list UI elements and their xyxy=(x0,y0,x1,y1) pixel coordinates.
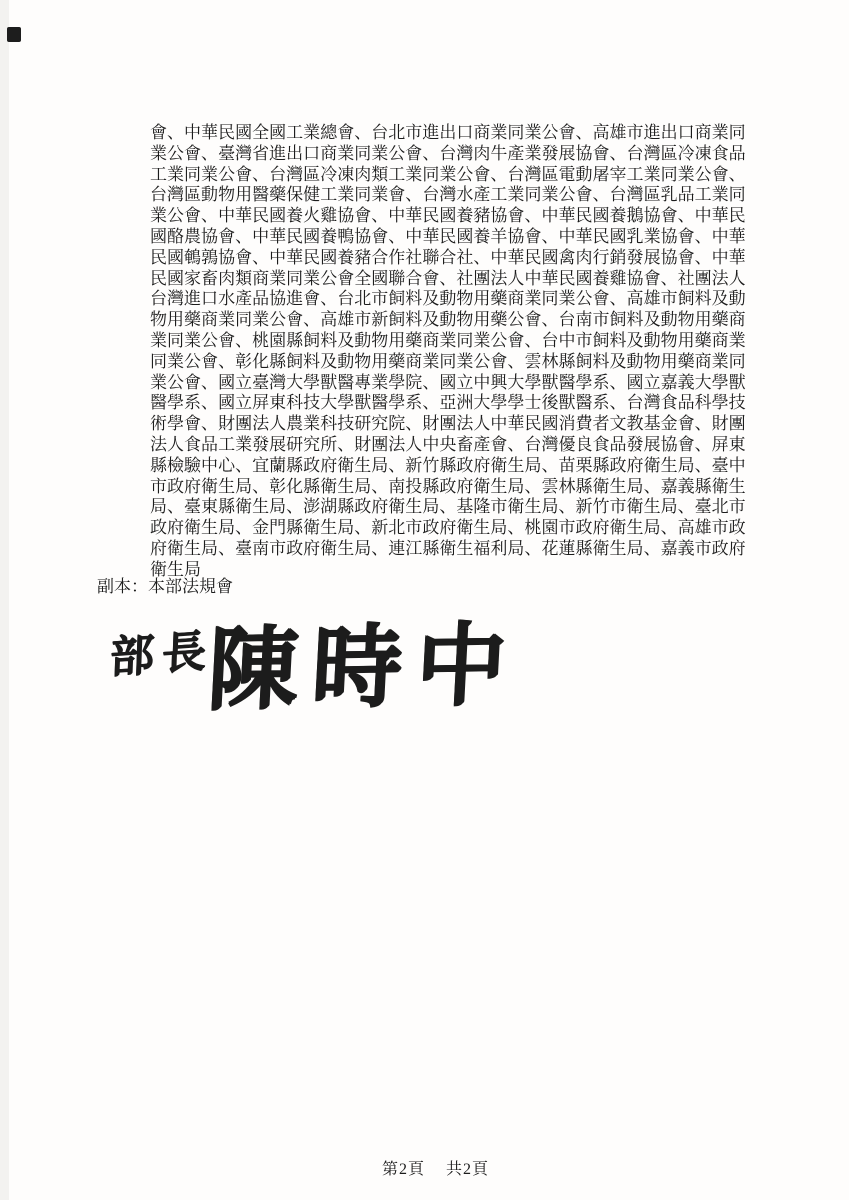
scan-artifact-mark xyxy=(7,27,21,42)
recipient-line: 會、中華民國全國工業總會、台北市進出口商業同業公會、高雄市進出口商業同 xyxy=(150,123,750,144)
copy-to-line: 副本：本部法規會 xyxy=(97,577,233,598)
recipient-line: 政府衛生局、金門縣衛生局、新北市政府衛生局、桃園市政府衛生局、高雄市政 xyxy=(150,518,750,539)
page-footer: 第2頁共2頁 xyxy=(382,1156,489,1179)
copy-to-label: 副本： xyxy=(97,577,148,596)
recipient-line: 業同業公會、桃園縣飼料及動物用藥商業同業公會、台中市飼料及動物用藥商業 xyxy=(150,331,750,352)
recipients-list: 會、中華民國全國工業總會、台北市進出口商業同業公會、高雄市進出口商業同業公會、臺… xyxy=(150,123,750,581)
recipient-line: 民國家畜肉類商業同業公會全國聯合會、社團法人中華民國養雞協會、社團法人 xyxy=(150,269,750,290)
page-total: 共2頁 xyxy=(446,1161,489,1178)
scan-edge-band xyxy=(0,0,9,1200)
copy-to-value: 本部法規會 xyxy=(148,577,233,596)
recipient-line: 局、臺東縣衛生局、澎湖縣政府衛生局、基隆市衛生局、新竹市衛生局、臺北市 xyxy=(150,497,750,518)
recipient-line: 國酪農協會、中華民國養鴨協會、中華民國養羊協會、中華民國乳業協會、中華 xyxy=(150,227,750,248)
recipient-line: 術學會、財團法人農業科技研究院、財團法人中華民國消費者文教基金會、財團 xyxy=(150,414,750,435)
recipient-line: 台灣區動物用醫藥保健工業同業會、台灣水產工業同業公會、台灣區乳品工業同 xyxy=(150,185,750,206)
page-number: 第2頁 xyxy=(382,1161,425,1178)
recipient-line: 工業同業公會、台灣區冷凍肉類工業同業公會、台灣區電動屠宰工業同業公會、 xyxy=(150,165,750,186)
recipient-line: 衛生局 xyxy=(150,560,750,581)
recipient-line: 物用藥商業同業公會、高雄市新飼料及動物用藥公會、台南市飼料及動物用藥商 xyxy=(150,310,750,331)
scanned-document-page: 會、中華民國全國工業總會、台北市進出口商業同業公會、高雄市進出口商業同業公會、臺… xyxy=(0,0,849,1200)
recipient-line: 業公會、臺灣省進出口商業同業公會、台灣肉牛產業發展協會、台灣區冷凍食品 xyxy=(150,144,750,165)
recipient-line: 市政府衛生局、彰化縣衛生局、南投縣政府衛生局、雲林縣衛生局、嘉義縣衛生 xyxy=(150,477,750,498)
recipient-line: 法人食品工業發展研究所、財團法人中央畜產會、台灣優良食品發展協會、屏東 xyxy=(150,435,750,456)
recipient-line: 醫學系、國立屏東科技大學獸醫學系、亞洲大學學士後獸醫系、台灣食品科學技 xyxy=(150,393,750,414)
minister-name-signature: 陳時中 xyxy=(205,591,524,727)
recipient-line: 台灣進口水產品協進會、台北市飼料及動物用藥商業同業公會、高雄市飼料及動 xyxy=(150,289,750,310)
recipient-line: 業公會、中華民國養火雞協會、中華民國養豬協會、中華民國養鵝協會、中華民 xyxy=(150,206,750,227)
recipient-line: 業公會、國立臺灣大學獸醫專業學院、國立中興大學獸醫學系、國立嘉義大學獸 xyxy=(150,373,750,394)
recipient-line: 民國鵪鶉協會、中華民國養豬合作社聯合社、中華民國禽肉行銷發展協會、中華 xyxy=(150,248,750,269)
recipient-line: 同業公會、彰化縣飼料及動物用藥商業同業公會、雲林縣飼料及動物用藥商業同 xyxy=(150,352,750,373)
minister-title: 部長 xyxy=(109,614,215,686)
recipient-line: 縣檢驗中心、宜蘭縣政府衛生局、新竹縣政府衛生局、苗栗縣政府衛生局、臺中 xyxy=(150,456,750,477)
recipient-line: 府衛生局、臺南市政府衛生局、連江縣衛生福利局、花蓮縣衛生局、嘉義市政府 xyxy=(150,539,750,560)
